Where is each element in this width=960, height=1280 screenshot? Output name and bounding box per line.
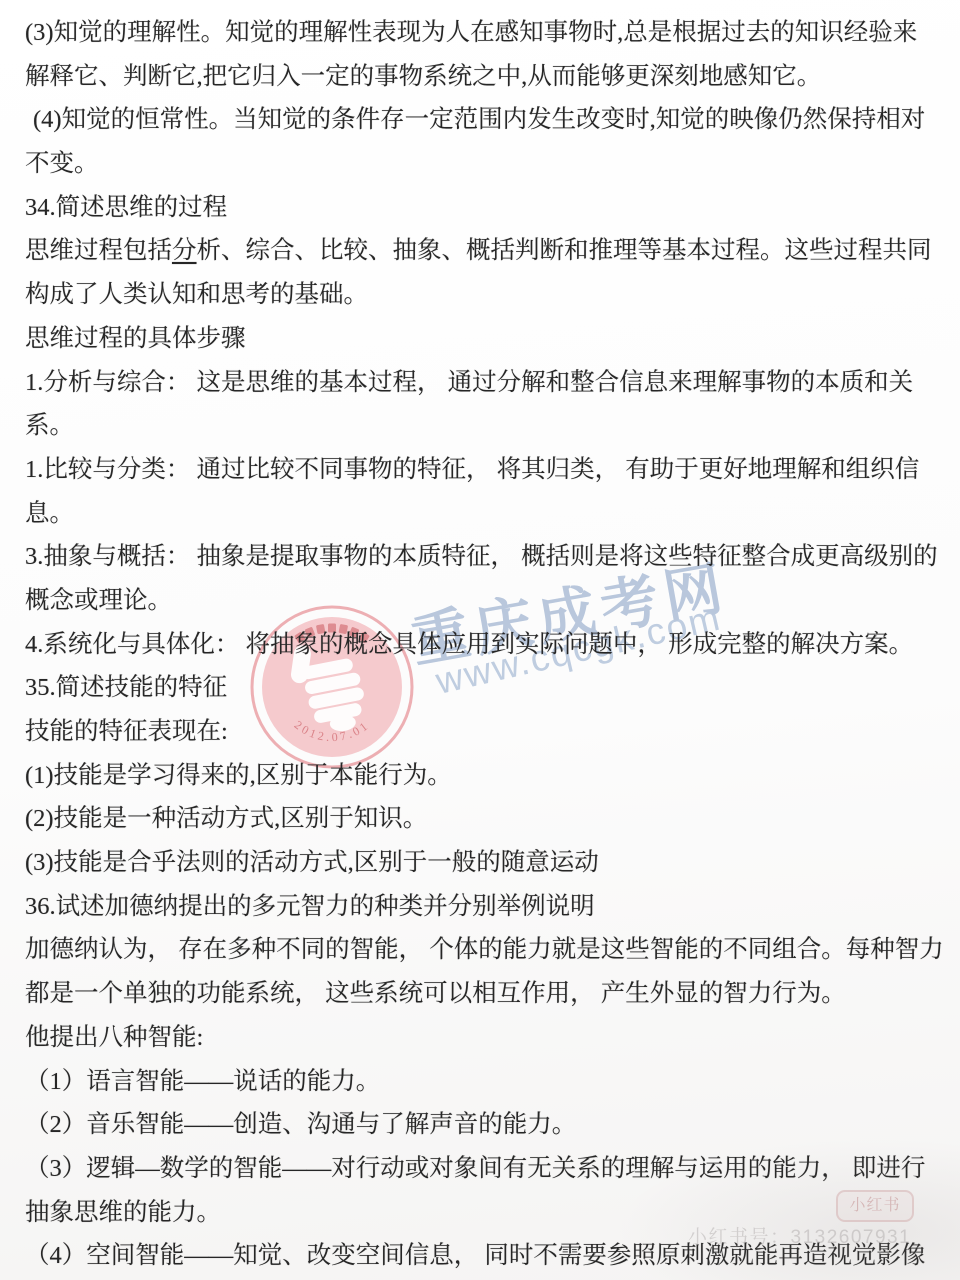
list-item-line: （1）语言智能——说话的能力。 <box>25 1060 937 1104</box>
text-line: 1.比较与分类： 通过比较不同事物的特征， 将其归类， 有助于更好地理解和组织信 <box>25 448 937 492</box>
list-item-line: （2）音乐智能——创造、沟通与了解声音的能力。 <box>25 1103 937 1147</box>
text-line: (3)技能是合乎法则的活动方式,区别于一般的随意运动 <box>25 841 937 885</box>
question-heading: 36.试述加德纳提出的多元智力的种类并分别举例说明 <box>25 885 937 929</box>
question-heading: 34.简述思维的过程 <box>25 186 937 230</box>
text-line: 概念或理论。 <box>25 579 937 623</box>
text-line: (4)知觉的恒常性。当知觉的条件存一定范围内发生改变时,知觉的映像仍然保持相对 <box>25 98 937 142</box>
text-line: 系。 <box>25 404 937 448</box>
text-line: 构成了人类认知和思考的基础。 <box>25 273 937 317</box>
text-line: 他提出八种智能: <box>25 1016 937 1060</box>
document-photo: 重庆成考网 www.cqcgk.com 2012.07.01 (3)知 <box>0 0 960 1280</box>
list-item-line: （3）逻辑—数学的智能——对行动或对象间有无关系的理解与运用的能力， 即进行 <box>25 1147 937 1191</box>
text-segment: 思维过程包括 <box>25 237 172 264</box>
text-line: 4.系统化与具体化： 将抽象的概念具体应用到实际问题中， 形成完整的解决方案。 <box>25 623 937 667</box>
xiaohongshu-badge-label: 小红书 <box>849 1197 900 1214</box>
document-text: (3)知觉的理解性。知觉的理解性表现为人在感知事物时,总是根据过去的知识经验来 … <box>25 11 937 1278</box>
xiaohongshu-id-text: 小红书号：3132607931 <box>688 1222 911 1249</box>
text-line: 息。 <box>25 492 937 536</box>
text-line: 1.分析与综合： 这是思维的基本过程， 通过分解和整合信息来理解事物的本质和关 <box>25 361 937 405</box>
text-line: 加德纳认为， 存在多种不同的智能， 个体的能力就是这些智能的不同组合。每种智力 <box>25 928 937 972</box>
text-line: (2)技能是一种活动方式,区别于知识。 <box>25 797 937 841</box>
text-line: 思维过程的具体步骤 <box>25 317 937 361</box>
text-line: (1)技能是学习得来的,区别于本能行为。 <box>25 754 937 798</box>
text-line: 思维过程包括分析、综合、比较、抽象、概括判断和推理等基本过程。这些过程共同 <box>25 229 937 273</box>
text-line: 3.抽象与概括： 抽象是提取事物的本质特征， 概括则是将这些特征整合成更高级别的 <box>25 535 937 579</box>
text-line: 不变。 <box>25 142 937 186</box>
xiaohongshu-badge: 小红书 <box>836 1190 914 1222</box>
underlined-text-segment: 分 <box>172 237 197 264</box>
text-line: 技能的特征表现在: <box>25 710 937 754</box>
text-line: (3)知觉的理解性。知觉的理解性表现为人在感知事物时,总是根据过去的知识经验来 <box>25 11 937 55</box>
question-heading: 35.简述技能的特征 <box>25 666 937 710</box>
text-line: 解释它、判断它,把它归入一定的事物系统之中,从而能够更深刻地感知它。 <box>25 55 937 99</box>
text-segment: 析、综合、比较、抽象、概括判断和推理等基本过程。这些过程共同 <box>197 237 932 264</box>
text-line: 都是一个单独的功能系统， 这些系统可以相互作用， 产生外显的智力行为。 <box>25 972 937 1016</box>
